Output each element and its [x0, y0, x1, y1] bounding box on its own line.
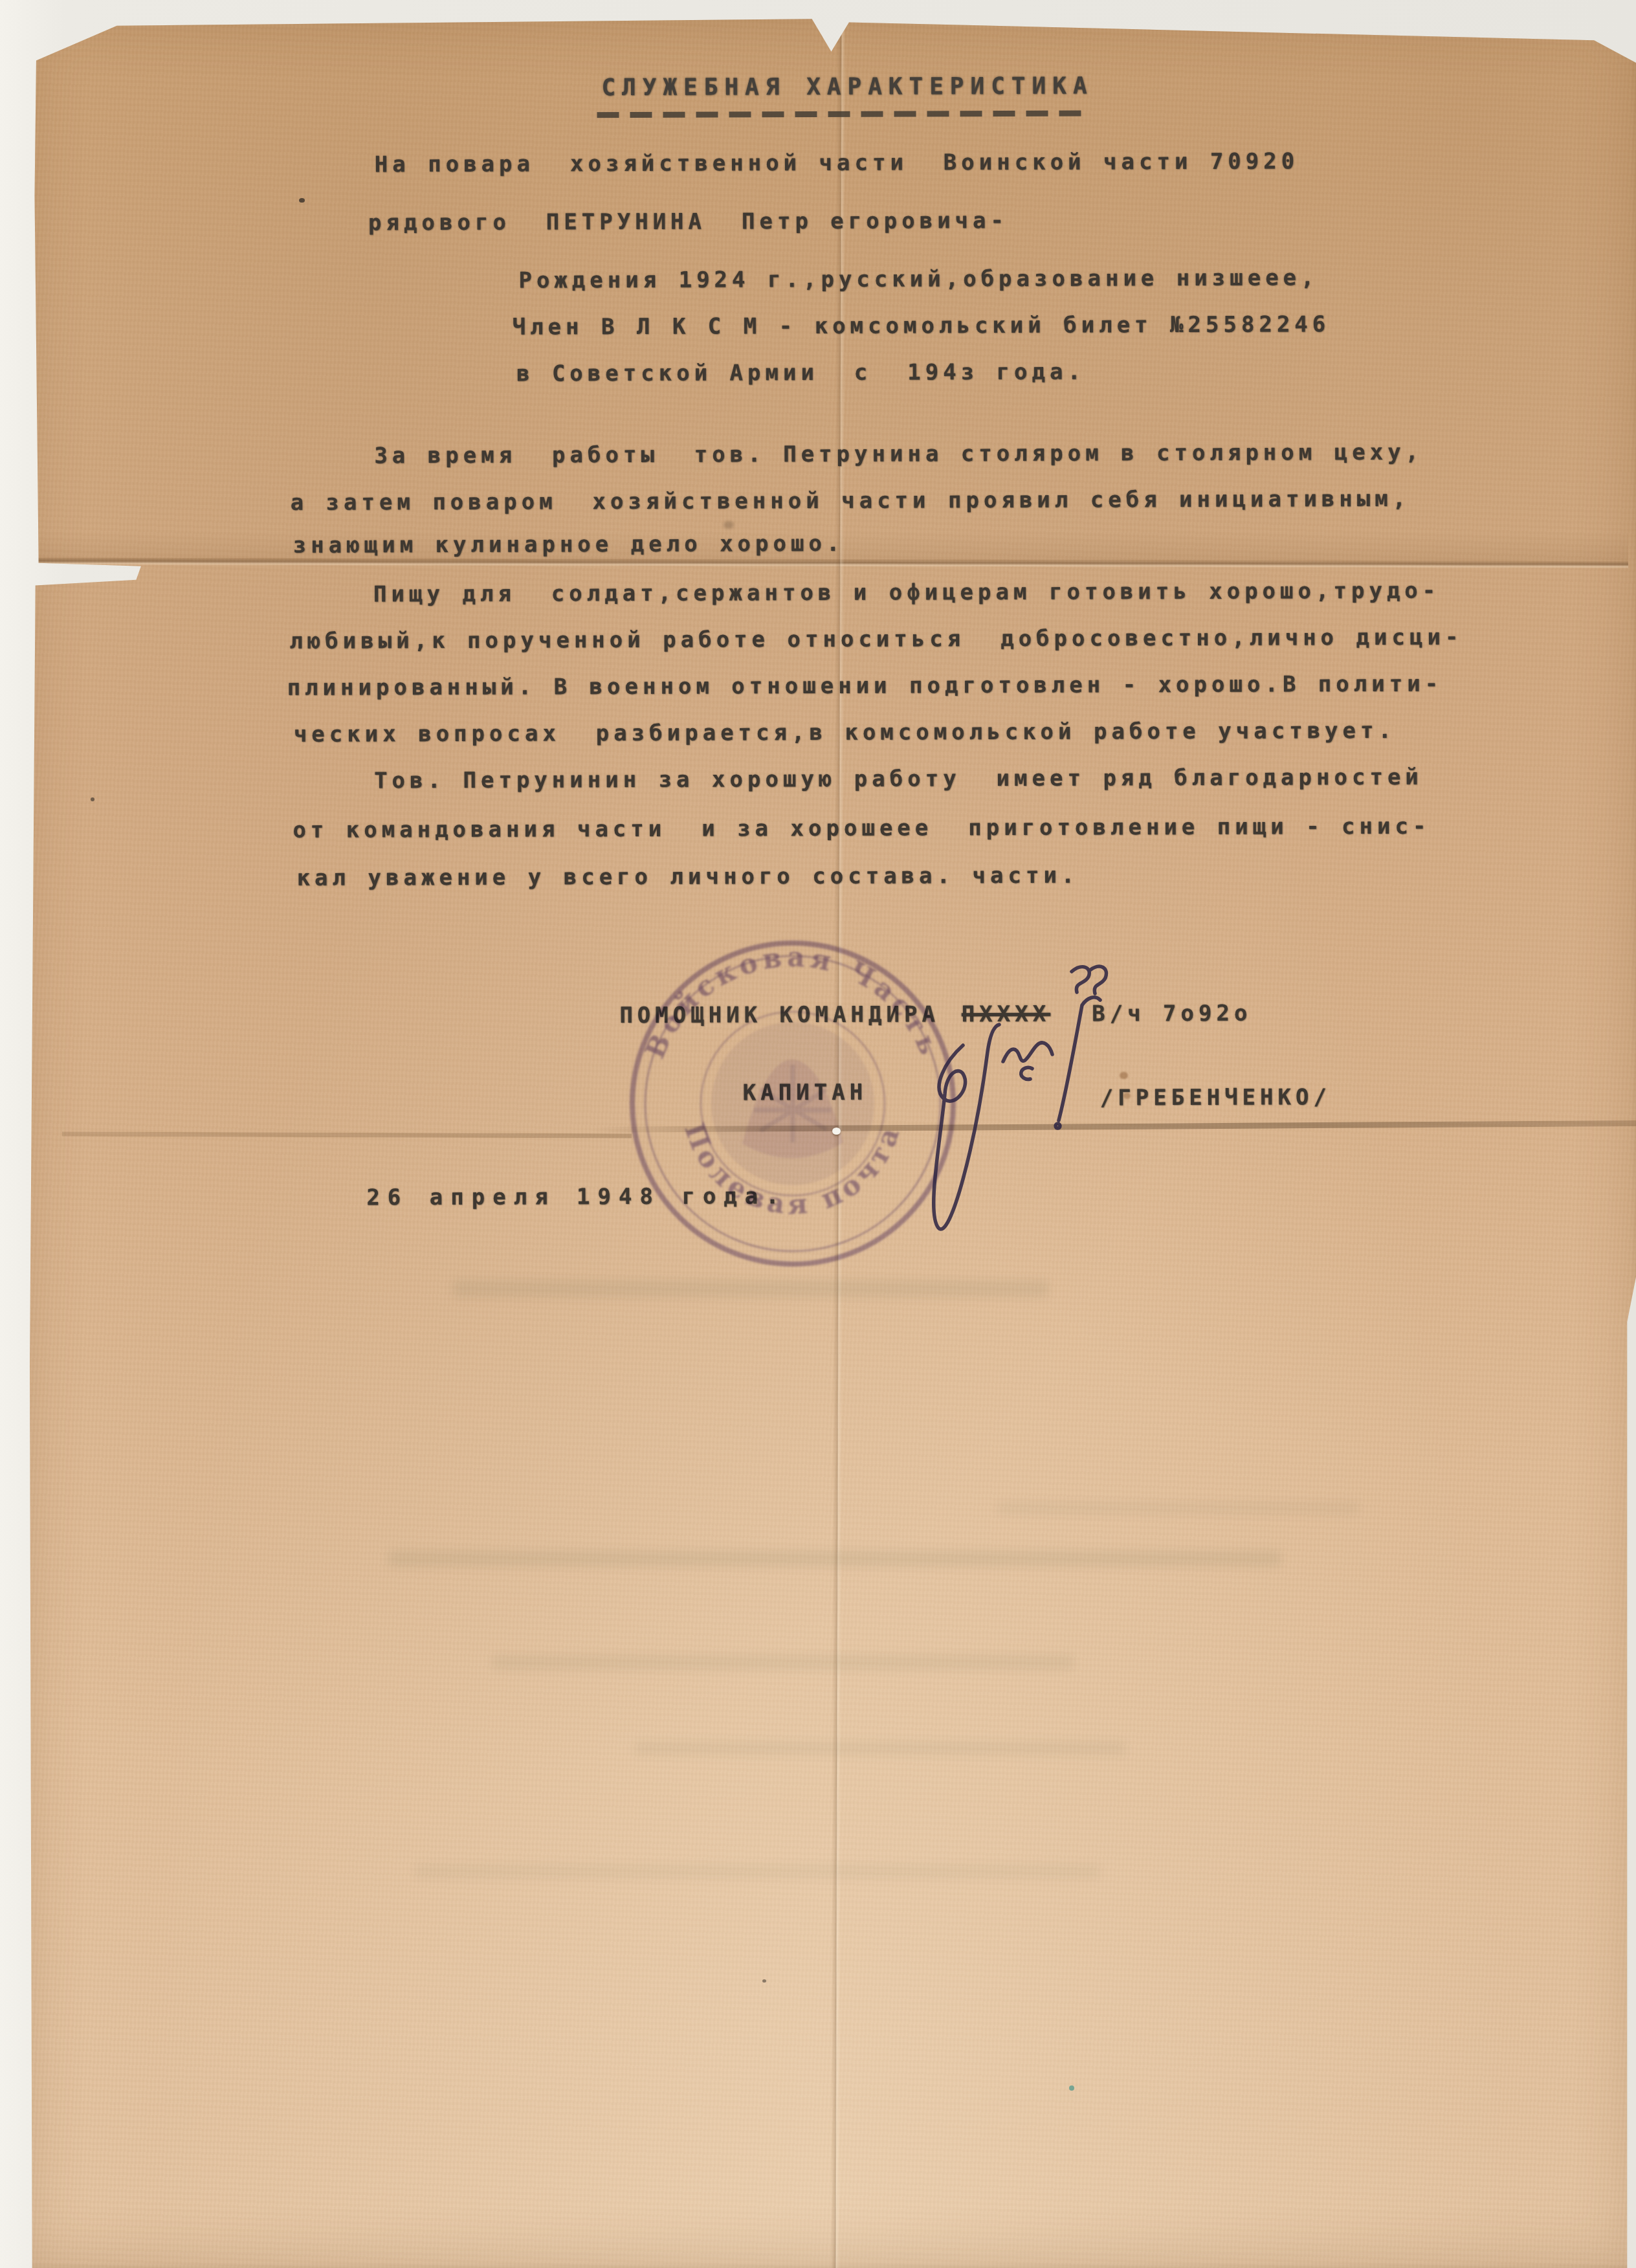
dust-speck — [762, 1979, 766, 1983]
bleed-through-smudge — [388, 1551, 1281, 1566]
ink-speck-teal — [1069, 2085, 1074, 2091]
pinhole — [832, 1128, 841, 1135]
header-line: На повара хозяйственной части Воинской ч… — [375, 148, 1299, 177]
body-line: любивый,к порученной работе относиться д… — [289, 625, 1463, 654]
signature-flourish — [1072, 966, 1106, 994]
header-line: рядового ПЕТРУНИНА Петр егоровича- — [368, 208, 1008, 236]
header-line: в Советской Армии с 194з года. — [516, 359, 1085, 387]
scanned-document: { "doc": { "title": "СЛУЖЕБНАЯ ХАРАКТЕРИ… — [0, 0, 1636, 2268]
body-line: Тов. Петрунинин за хорошую работу имеет … — [374, 764, 1423, 794]
stain — [1120, 1072, 1128, 1079]
header-line: Член В Л К С М - комсомольский билет №25… — [513, 311, 1331, 340]
stain — [1123, 1093, 1131, 1099]
body-line: Пищу для солдат,сержантов и офицерам гот… — [373, 578, 1440, 608]
bleed-through-smudge — [492, 1654, 1074, 1670]
bleed-through-smudge — [634, 1741, 1126, 1755]
bleed-through-smudge — [414, 1864, 1100, 1878]
dust-speck — [91, 797, 94, 801]
signature-main-stroke — [934, 1025, 999, 1229]
signature-squiggle — [1003, 1043, 1052, 1079]
body-line: знающим кулинарное дело хорошо. — [293, 531, 845, 559]
bleed-through-smudge — [997, 1502, 1359, 1515]
header-line: Рождения 1924 г.,русский,образование низ… — [518, 265, 1318, 293]
body-line: ческих вопросах разбирается,в комсомольс… — [294, 718, 1396, 748]
body-line: плинированный. В военном отношении подго… — [287, 671, 1443, 701]
signature-tall-stroke — [1056, 997, 1100, 1128]
stain — [724, 521, 734, 529]
dust-speck — [299, 198, 305, 203]
handwritten-signature — [867, 961, 1139, 1246]
title-underline — [597, 111, 1083, 118]
body-line: кал уважение у всего личного состава. ча… — [297, 863, 1079, 891]
body-line: За время работы тов. Петрунина столяром … — [374, 439, 1423, 469]
document-title: СЛУЖЕБНАЯ ХАРАКТЕРИСТИКА — [601, 73, 1093, 102]
body-line: от командования части и за хорошеее приг… — [293, 814, 1430, 843]
bleed-through-smudge — [453, 1280, 1048, 1297]
body-line: а затем поваром хозяйственной части проя… — [291, 486, 1411, 516]
